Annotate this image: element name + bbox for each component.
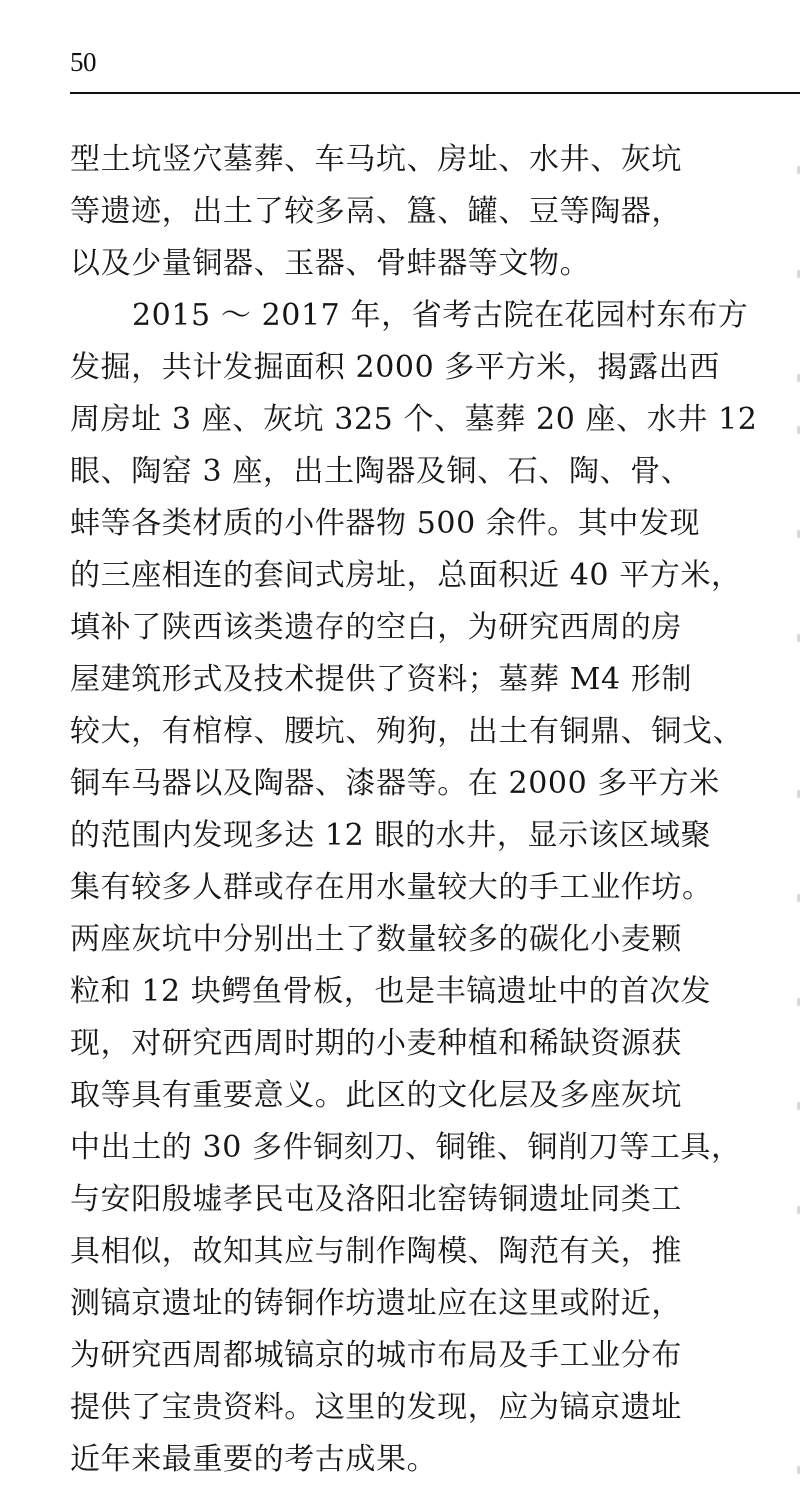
page-number: 50 xyxy=(70,44,96,80)
text-line-paragraph-start: 2015 ～ 2017 年，省考古院在花园村东布方 xyxy=(70,290,730,342)
text-line: 较大，有棺椁、腰坑、殉狗，出土有铜鼎、铜戈、 xyxy=(70,706,730,758)
text-line: 与安阳殷墟孝民屯及洛阳北窑铸铜遗址同类工 xyxy=(70,1174,730,1226)
text-line: 具相似，故知其应与制作陶模、陶范有关，推 xyxy=(70,1226,730,1278)
text-line: 现，对研究西周时期的小麦种植和稀缺资源获 xyxy=(70,1018,730,1070)
text-line: 测镐京遗址的铸铜作坊遗址应在这里或附近， xyxy=(70,1278,730,1330)
text-line: 填补了陕西该类遗存的空白，为研究西周的房 xyxy=(70,602,730,654)
text-line: 集有较多人群或存在用水量较大的手工业作坊。 xyxy=(70,862,730,914)
text-line: 的三座相连的套间式房址，总面积近 40 平方米， xyxy=(70,550,730,602)
text-line: 等遗迹，出土了较多鬲、簋、罐、豆等陶器， xyxy=(70,186,730,238)
text-line: 粒和 12 块鳄鱼骨板，也是丰镐遗址中的首次发 xyxy=(70,966,730,1018)
text-line: 为研究西周都城镐京的城市布局及手工业分布 xyxy=(70,1330,730,1382)
body-text: 型土坑竖穴墓葬、车马坑、房址、水井、灰坑 等遗迹，出土了较多鬲、簋、罐、豆等陶器… xyxy=(70,134,730,1486)
text-line: 屋建筑形式及技术提供了资料；墓葬 M4 形制 xyxy=(70,654,730,706)
text-line: 中出土的 30 多件铜刻刀、铜锥、铜削刀等工具， xyxy=(70,1122,730,1174)
page-edge-show-through xyxy=(794,150,800,1480)
text-line: 的范围内发现多达 12 眼的水井，显示该区域聚 xyxy=(70,810,730,862)
text-line: 型土坑竖穴墓葬、车马坑、房址、水井、灰坑 xyxy=(70,134,730,186)
header-rule xyxy=(70,92,800,94)
text-line: 周房址 3 座、灰坑 325 个、墓葬 20 座、水井 12 xyxy=(70,394,730,446)
text-line: 两座灰坑中分别出土了数量较多的碳化小麦颗 xyxy=(70,914,730,966)
text-line: 提供了宝贵资料。这里的发现，应为镐京遗址 xyxy=(70,1382,730,1434)
text-line: 近年来最重要的考古成果。 xyxy=(70,1434,730,1486)
text-line: 取等具有重要意义。此区的文化层及多座灰坑 xyxy=(70,1070,730,1122)
text-line: 眼、陶窑 3 座，出土陶器及铜、石、陶、骨、 xyxy=(70,446,730,498)
text-line: 铜车马器以及陶器、漆器等。在 2000 多平方米 xyxy=(70,758,730,810)
text-line: 以及少量铜器、玉器、骨蚌器等文物。 xyxy=(70,238,730,290)
text-line: 蚌等各类材质的小件器物 500 余件。其中发现 xyxy=(70,498,730,550)
text-line: 发掘，共计发掘面积 2000 多平方米，揭露出西 xyxy=(70,342,730,394)
